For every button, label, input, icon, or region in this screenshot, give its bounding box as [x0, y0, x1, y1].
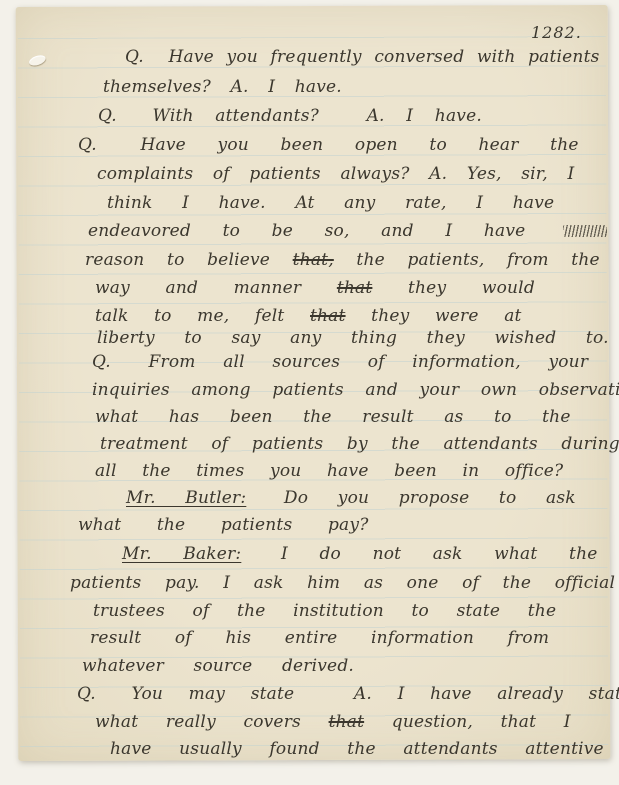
handwritten-line: trustees of the institution to state the [93, 599, 556, 623]
scanned-page: 1282. Q. Have you frequently conversed w… [0, 0, 619, 785]
handwritten-line: liberty to say any thing they wished to. [97, 326, 609, 350]
text-segment: Q. [98, 106, 117, 126]
text-segment: You may state [132, 684, 295, 704]
text-segment: what the patients pay? [78, 515, 369, 535]
handwritten-line: Q. Have you been open to hear the [78, 133, 579, 157]
handwritten-line: Mr. Butler: Do you propose to ask [126, 486, 576, 510]
text-segment: Q. [78, 135, 97, 155]
text-segment: I have. [406, 106, 482, 126]
text-segment: At any rate, I have [295, 193, 554, 213]
text-segment: Have you been open to hear the [141, 135, 579, 155]
handwritten-line: what has been the result as to the [95, 405, 571, 429]
text-segment: Do you propose to ask [284, 488, 576, 508]
text-segment: what has been the result as to the [95, 407, 571, 427]
text-segment: From all sources of information, your [149, 352, 589, 372]
scratched-out-word [563, 225, 607, 237]
handwritten-line: endeavored to be so, and I have [88, 219, 607, 243]
handwritten-line: Q. Have you frequently conversed with pa… [125, 45, 600, 69]
handwritten-line: think I have. At any rate, I have [107, 191, 554, 215]
handwritten-line: treatment of patients by the attendants … [100, 432, 619, 456]
handwritten-line: Q. With attendants? A. I have. [98, 104, 482, 128]
text-segment: whatever source derived. [82, 656, 354, 676]
handwritten-line: all the times you have been in office? [95, 459, 563, 483]
text-segment: trustees of the institution to state the [93, 601, 556, 621]
text-segment: all the times you have been in office? [95, 461, 563, 481]
handwritten-line: way and manner that they would [95, 276, 535, 300]
text-segment: way and manner [95, 278, 301, 298]
handwritten-line: result of his entire information from [90, 626, 549, 650]
text-segment: have usually found the attendants attent… [110, 739, 604, 759]
text-segment: patients pay. I ask him as one of the of… [70, 573, 615, 593]
text-segment: I have. [268, 77, 342, 97]
speaker-name: Mr. Baker: [122, 544, 241, 564]
handwritten-line: whatever source derived. [82, 654, 354, 678]
handwritten-line: reason to believe that, the patients, fr… [85, 248, 600, 272]
text-segment: they would [408, 278, 535, 298]
text-segment: that [337, 278, 373, 298]
text-segment: A. [367, 106, 385, 126]
handwritten-line: what the patients pay? [78, 513, 369, 537]
handwritten-line: what really covers that question, that I [95, 710, 571, 734]
text-segment: treatment of patients by the attendants … [100, 434, 619, 454]
handwritten-line: Mr. Baker: I do not ask what the [122, 542, 597, 566]
handwritten-line: themselves? A. I have. [103, 75, 342, 99]
text-segment: themselves? [103, 77, 211, 97]
text-segment: Q. [125, 47, 144, 67]
text-segment: think I have. [107, 193, 266, 213]
text-segment: I have already stated [398, 684, 619, 704]
text-segment: A. [354, 684, 372, 704]
text-segment: Yes, sir, I [467, 164, 574, 184]
text-segment: the patients, from the [356, 250, 599, 270]
handwritten-line: talk to me, felt that they were at [95, 304, 522, 328]
text-segment: that, [293, 250, 334, 270]
handwritten-line: patients pay. I ask him as one of the of… [70, 571, 615, 595]
text-segment: endeavored to be so, and I have [88, 221, 525, 241]
text-segment: inquiries among patients and your own ob… [92, 380, 619, 400]
text-segment: talk to me, felt [95, 306, 284, 326]
handwritten-line: Q. You may state A. I have already state… [77, 682, 619, 706]
handwritten-line: Q. From all sources of information, your [92, 350, 588, 374]
text-segment: that [329, 712, 365, 732]
text-segment: they were at [371, 306, 521, 326]
text-segment: I do not ask what the [281, 544, 598, 564]
text-segment: Have you frequently conversed with patie… [169, 47, 600, 67]
text-segment: reason to believe [85, 250, 270, 270]
speaker-name: Mr. Butler: [126, 488, 246, 508]
text-segment: Q. [77, 684, 96, 704]
text-segment: complaints of patients always? [97, 164, 410, 184]
page-number: 1282. [531, 23, 582, 42]
text-segment: With attendants? [153, 106, 319, 126]
handwritten-line: inquiries among patients and your own ob… [92, 378, 619, 402]
text-segment: result of his entire information from [90, 628, 549, 648]
text-segment: A. [231, 77, 249, 97]
handwritten-line: have usually found the attendants attent… [110, 737, 604, 761]
handwritten-line: complaints of patients always? A. Yes, s… [97, 162, 574, 186]
text-segment: that [310, 306, 346, 326]
text-segment: Q. [92, 352, 111, 372]
text-segment: what really covers [95, 712, 301, 732]
text-segment: A. [429, 164, 447, 184]
text-segment: question, that I [392, 712, 571, 732]
text-segment: liberty to say any thing they wished to. [97, 328, 609, 348]
